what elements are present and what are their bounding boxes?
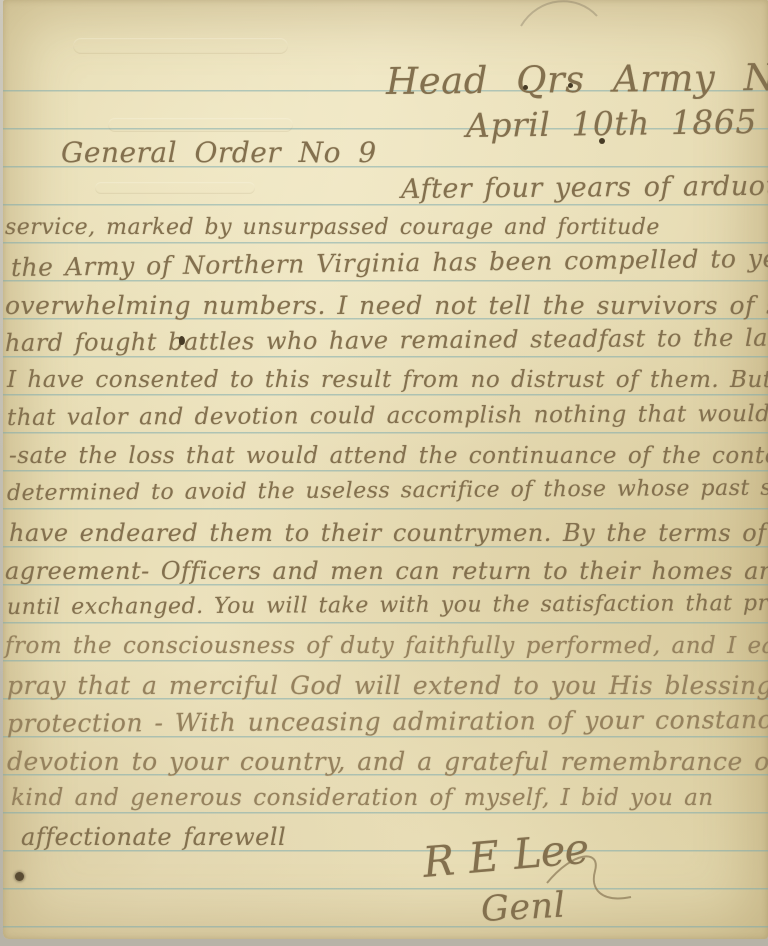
letterhead-date: April 10th 1865: [466, 102, 757, 145]
body-line-05: I have consented to this result from no …: [7, 367, 768, 393]
signature-rank: Genl: [480, 886, 566, 930]
body-line-17: affectionate farewell: [21, 823, 286, 851]
ink-speck: [568, 83, 573, 88]
paper-hole: [15, 872, 24, 881]
body-line-13: pray that a merciful God will extend to …: [7, 671, 768, 700]
body-line-10: agreement- Officers and men can return t…: [5, 557, 768, 585]
body-line-14: protection - With unceasing admiration o…: [7, 705, 768, 738]
letter-page: Head Qrs Army N Va April 10th 1865 Gener…: [3, 0, 768, 939]
body-line-06: that valor and devotion could accomplish…: [7, 400, 768, 431]
body-line-01: service, marked by unsurpassed courage a…: [5, 215, 660, 240]
body-line-11: until exchanged. You will take with you …: [7, 591, 768, 620]
body-line-16: kind and generous consideration of mysel…: [11, 785, 714, 811]
body-line-09: have endeared them to their countrymen. …: [9, 519, 768, 547]
emboss-mark: [95, 182, 255, 194]
body-opening-line: After four years of arduous: [401, 171, 768, 205]
emboss-mark: [108, 118, 293, 132]
body-line-07: -sate the loss that would attend the con…: [9, 443, 768, 469]
scanned-document: Head Qrs Army N Va April 10th 1865 Gener…: [0, 0, 768, 946]
body-line-04: hard fought battles who have remained st…: [5, 323, 768, 357]
body-line-03: overwhelming numbers. I need not tell th…: [5, 291, 768, 320]
pencil-mark: [515, 0, 605, 32]
ink-speck: [179, 336, 185, 345]
emboss-mark: [73, 38, 288, 54]
body-line-08: determined to avoid the useless sacrific…: [7, 475, 768, 506]
body-line-12: from the consciousness of duty faithfull…: [5, 633, 768, 659]
ink-speck: [599, 138, 605, 144]
order-title: General Order No 9: [61, 136, 377, 169]
letterhead-place: Head Qrs Army N Va: [386, 55, 768, 103]
ink-speck: [523, 85, 528, 90]
body-line-15: devotion to your country, and a grateful…: [7, 747, 768, 776]
